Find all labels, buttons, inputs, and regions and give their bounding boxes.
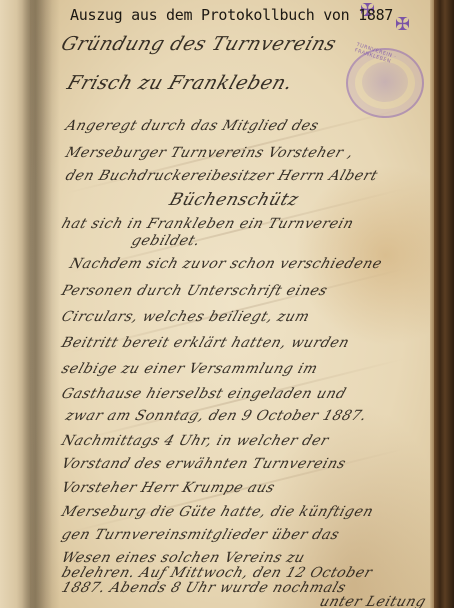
handwritten-line: gen Turnvereinsmitglieder über das [59,527,341,543]
handwritten-line: selbige zu einer Versammlung im [59,361,319,377]
handwritten-line: Beitritt bereit erklärt hatten, wurden [59,335,351,351]
document-title: Auszug aus dem Protokollbuch von 1887 [70,6,393,24]
handwritten-line: Vorsteher Herr Krumpe aus [59,480,277,496]
handwritten-line: Angeregt durch das Mitglied des [63,118,321,134]
handwritten-line: Circulars, welches beiliegt, zum [59,309,311,325]
handwritten-line: Gründung des Turnvereins [58,33,339,55]
handwritten-line: gebildet. [129,233,202,249]
handwritten-line: Merseburg die Güte hatte, die künftigen [59,504,375,520]
handwritten-line: Wesen eines solchen Vereins zu [59,550,307,566]
handwritten-line: Personen durch Unterschrift eines [59,283,329,299]
club-seal-stamp: TURNVEREIN · FRANKLEBEN [346,48,424,118]
handwritten-line: 1887. Abends 8 Uhr wurde nochmals [59,580,348,596]
handwritten-line: Frisch zu Frankleben. [64,72,295,94]
book-cover [434,0,454,608]
stamp-emblem-icon: ✠ [395,16,410,34]
handwritten-line: hat sich in Frankleben ein Turnverein [59,216,355,232]
handwritten-line: Merseburger Turnvereins Vorsteher , [63,145,355,161]
handwritten-line: unter Leitung [317,594,428,608]
book-gutter [22,0,52,608]
handwritten-line: Büchenschütz [167,190,302,210]
handwritten-line: Nachdem sich zuvor schon verschiedene [67,256,384,272]
handwritten-line: belehren. Auf Mittwoch, den 12 October [59,565,374,581]
handwritten-line: Gasthause hierselbst eingeladen und [59,386,348,402]
handwritten-line: zwar am Sonntag, den 9 October 1887. [63,408,369,424]
handwritten-line: Nachmittags 4 Uhr, in welcher der [59,433,331,449]
handwritten-line: Vorstand des erwähnten Turnvereins [59,456,348,472]
handwritten-line: den Buchdruckereibesitzer Herrn Albert [63,168,379,184]
